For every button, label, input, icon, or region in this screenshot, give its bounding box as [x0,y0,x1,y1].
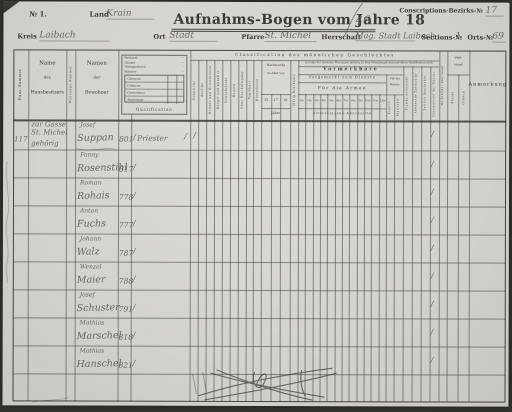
col-header-owner-3: Hausbesitzers [28,91,66,96]
row-owner-line: St. Michel [31,128,67,136]
age-class-4: 4te [320,94,327,108]
row-tick: / [133,191,136,200]
summary-legend-box: Bestand:— Häuser— Wohnparteien— Männer— … [121,55,187,115]
category-col-adelige: Adelige [198,60,206,120]
nachwuchs-line1: Nachwuchs [261,64,290,67]
herrschaft-value: Mag. Stadt Laibach [355,31,415,41]
ort-label: Ort [153,34,165,41]
legend-inner-row: Getraute [127,76,141,82]
age-class-9: 9te [357,94,364,108]
row-right-tick: / [431,299,434,308]
row-qualification: Priester [137,134,167,143]
row-owner-line: gehörig [31,139,58,147]
row-tick: / [133,219,136,228]
row-right-tick: / [431,355,434,364]
row-surname: Fuchs [77,218,106,230]
row-surname: Suppan [77,132,114,144]
row-surname: Marschel [77,330,122,342]
nachwuchs-age-18: 18 [280,94,290,108]
grid-line [167,76,168,104]
row-right-tick: / [431,271,434,280]
form-title: Aufnahms-Bogen vom Jahre 18 [173,13,425,28]
age-class-7: 7te [342,94,349,108]
age-class-12: 12te [379,94,386,108]
age-classes-footer: Altersklassen-Abschnitte [298,108,386,120]
row-haus-no: 117 [14,135,27,143]
col-gesammtzahl: Gesammtzahl der Männer [430,66,439,120]
row-first-name: Wenzel [80,264,102,271]
col-beurlaubte: Beurlaubte [394,94,403,120]
pfarre-value: St. Michel [264,31,316,42]
margin-squiggle [6,161,9,283]
category-col-bauern: Bauern [230,60,238,120]
row-surname: Rohais [77,190,110,202]
pfarre-label: Pfarre [241,34,264,41]
col-abwesende: Abwesende Zuständige [412,66,421,120]
row-first-name: Josef [80,122,95,129]
row-birth-year: 818 [119,333,133,342]
col-anmerkung: Anmerkung [469,51,506,121]
marine-header-2: Marine [386,83,403,86]
row-surname: Maier [77,274,106,286]
row-right-tick: / [431,159,434,168]
category-col-dienstboten: Dienstboten [253,60,261,120]
sheet-number: № 1. [29,10,46,17]
col-pferde: Pferde [447,75,458,121]
kreis-label: Kreis [17,33,36,40]
nachwuchs-age-17: 17 [271,94,280,108]
row-tick: / [133,359,136,368]
col-header-owner-1: Name [28,61,66,67]
conscription-value: 17 [485,6,503,17]
row-first-name: Josef [80,292,95,299]
row-first-name: Fanny [80,152,98,159]
nachwuchs-age-15: 15 [261,94,271,108]
legend-inner-box: Getraute Geborne Gestorbene Abgängige [124,75,184,103]
grid-line [176,76,177,104]
legend-inner-row: Abgängige [127,97,143,104]
orts-value: 69 [492,32,506,43]
sections-value: 1 [455,32,461,42]
row-birth-year: 801 [119,135,133,144]
row-right-tick: / [431,215,434,224]
vieh-header-1: Vieh- [447,57,469,60]
col-header-haus-nummer: Haus-Nummer [13,49,28,119]
row-birth-year: 791 [119,305,133,314]
age-class-1: 1te [298,94,305,108]
ort-value: Stadt [169,31,217,42]
row-tick: / [133,163,136,172]
age-class-6: 6te [335,94,342,108]
row-owner-line: zur Gasse [31,120,66,128]
col-weibsbilder: Weibsbilder überhaupt [439,50,447,120]
col-fremde-anwesende: Fremde Anwesende [403,66,412,120]
row-tick: / [133,275,136,284]
vieh-header-2: stand [447,64,469,67]
col-header-bewohner-2: der [75,76,118,80]
row-surname: Hanschel [76,358,121,370]
category-col-ohne-beschaeftigung: Ohne Beschäftigung [238,60,246,120]
col-header-bewohner-1: Namen [75,62,118,68]
form-title-year: 46 [355,13,370,27]
legend-inner-row: Geborne [127,83,140,89]
category-col-buerger: Bürger und Künstler [214,60,222,120]
col-header-owner-2: des [28,75,66,79]
row-birth-year: 778 [119,193,133,202]
col-header-bewohner-3: Bewohner [75,92,118,97]
age-class-3: 3te [313,94,320,108]
col-header-wohnung: Wohnungs-Nummer [66,50,75,120]
legend-footer: Qualification [122,105,186,114]
row-surname: Walz [77,246,100,258]
row-surname: Schuster [77,302,120,314]
age-class-2: 2te [305,94,313,108]
age-class-5: 5te [327,94,335,108]
row-tick: / [133,303,136,312]
orts-label: Orts-№ [467,35,493,42]
kreis-value: Laibach [39,30,109,41]
row-tick: / [133,247,136,256]
col-reserve: Reserve [386,94,394,120]
row-tick: / [133,331,136,340]
row-right-tick: / [431,187,434,196]
row-right-tick: / [431,129,434,138]
age-class-11: 11te [371,94,379,108]
vormerkbare-header: Vormerkbare [298,66,403,74]
armee-header: Für die Armee [298,82,386,94]
row-birth-year: 788 [119,277,133,286]
classification-title: Classification des männlichen Geschlecht… [190,50,439,61]
legend-dash: — [181,69,184,74]
row-category-tick: / [193,131,196,140]
nachwuchs-line2: im Alter von [261,72,290,75]
row-category-tick: / [184,132,187,141]
col-zeitlich-beurlaubte: Zeitlich Beurlaubte [421,66,430,120]
row-birth-year: 821 [119,361,133,370]
row-first-name: Johann [80,236,101,243]
row-birth-year: 777 [119,221,133,230]
age-class-10: 10te [364,94,371,108]
legend-inner-row: Gestorbene [127,90,145,96]
marine-header-1: Für die [386,77,403,80]
land-value: Krain [106,9,154,20]
row-birth-year: 817 [119,165,133,174]
row-tick: / [133,133,136,142]
vorgemerkt-header: Vorgemerkt zum Dienste [298,74,386,82]
category-col-geistliche: Geistliche [190,60,198,120]
row-right-tick: / [431,327,434,336]
category-col-gewerbsleute: Gewerbsleute [222,60,230,120]
age-class-8: 8te [349,94,357,108]
row-first-name: Anton [80,208,98,215]
row-first-name: Mathias [80,320,105,327]
scan-corner-shadow [3,1,19,13]
category-col-beamte: Beamte und Honoratioren [206,60,214,120]
row-first-name: Mathias [80,348,105,355]
col-jaehrig-beschaute: Jährig Beschaute [290,60,298,120]
row-birth-year: 787 [119,249,133,258]
legend-row: Männer [124,69,136,74]
conscription-label: Conscriptions-Bezirks-№ [399,8,482,15]
row-right-tick: / [431,243,434,252]
census-form-sheet: № 1. Land Krain Aufnahms-Bogen vom Jahre… [2,1,509,406]
nachwuchs-unit: Jahre [261,108,290,120]
row-first-name: Roman [80,180,101,187]
